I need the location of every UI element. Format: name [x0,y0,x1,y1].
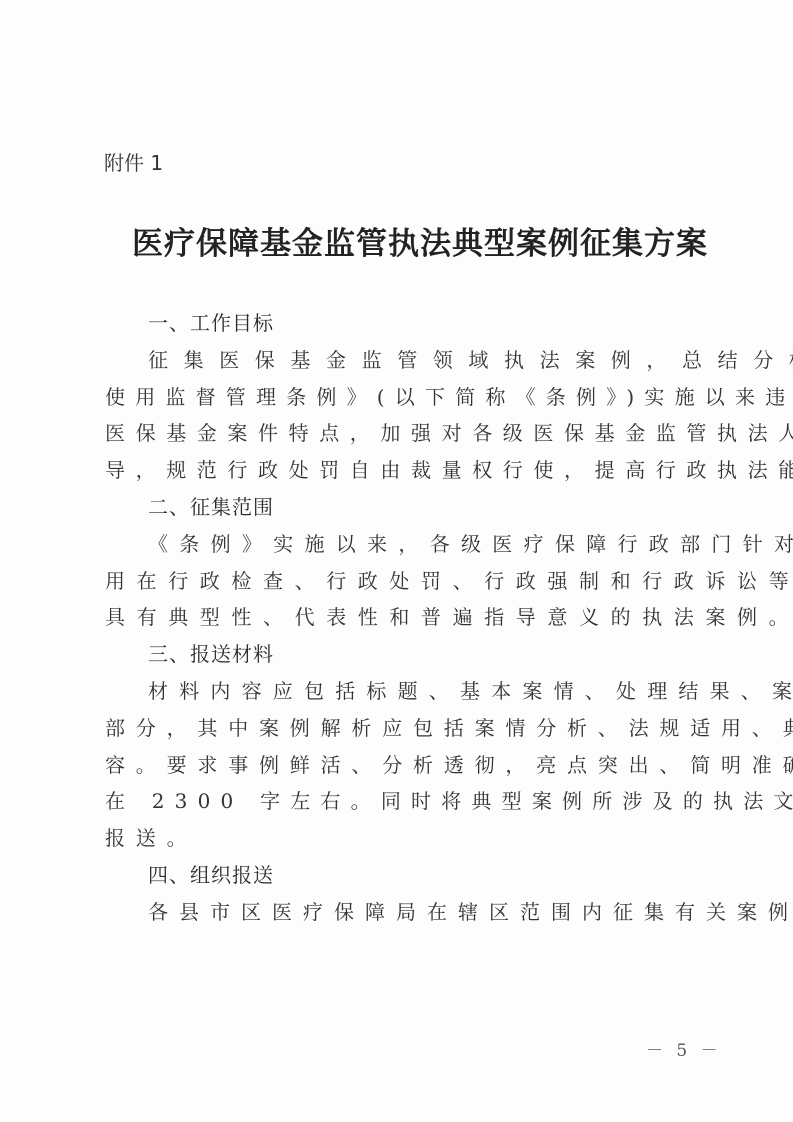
paragraph-line: 部分，其中案例解析应包括案情分析、法规适用、典型意义等内 [105,710,695,747]
paragraph-line: 用在行政检查、行政处罚、行政强制和行政诉讼等方面发生的， [105,563,695,600]
paragraph-line: 具有典型性、代表性和普遍指导意义的执法案例。 [105,599,695,636]
section-heading-materials: 三、报送材料 [105,636,695,673]
document-title: 医疗保障基金监管执法典型案例征集方案 [132,218,672,263]
page-number: － 5 － [646,1036,722,1061]
paragraph-line: 征集医保基金监管领域执法案例，总结分析《医疗保障基金 [105,342,695,379]
paragraph-line: 使用监督管理条例》(以下简称《条例》)实施以来违法违规使用 [105,379,695,416]
paragraph-line: 导，规范行政处罚自由裁量权行使，提高行政执法能力和水平。 [105,452,695,489]
paragraph-line: 材料内容应包括标题、基本案情、处理结果、案例解析 4 个 [105,673,695,710]
paragraph-line: 各县市区医疗保障局在辖区范围内征集有关案例，对报送的 [105,894,695,931]
document-page: 附件 1 医疗保障基金监管执法典型案例征集方案 一、工作目标 征集医保基金监管领… [0,0,793,1122]
paragraph-line: 报送。 [105,820,695,857]
section-heading-submission: 四、组织报送 [105,857,695,894]
document-body: 一、工作目标 征集医保基金监管领域执法案例，总结分析《医疗保障基金 使用监督管理… [105,305,695,931]
paragraph-line: 《条例》实施以来，各级医疗保障行政部门针对医保基金使 [105,526,695,563]
paragraph-line: 容。要求事例鲜活、分析透彻，亮点突出、简明准确，文字控制 [105,747,695,784]
section-heading-scope: 二、征集范围 [105,489,695,526]
paragraph-line: 医保基金案件特点，加强对各级医保基金监管执法人员的业务指 [105,415,695,452]
attachment-label: 附件 1 [104,147,163,176]
paragraph-line: 在 2300 字左右。同时将典型案例所涉及的执法文书复印件一并 [105,783,695,820]
section-heading-goals: 一、工作目标 [105,305,695,342]
